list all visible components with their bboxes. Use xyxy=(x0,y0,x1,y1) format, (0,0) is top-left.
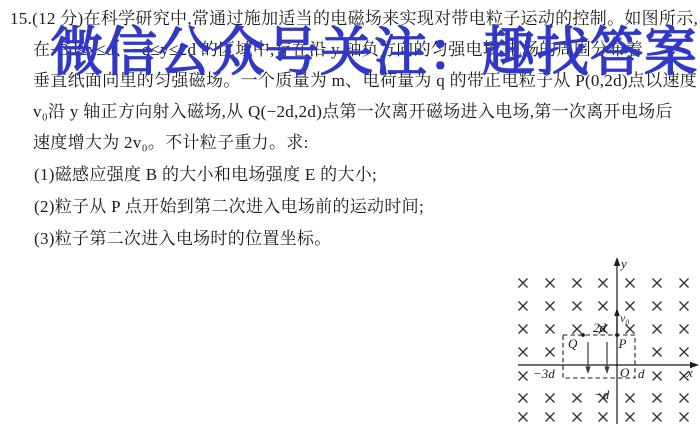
field-into-page-cross-icon xyxy=(546,394,555,403)
field-into-page-cross-icon xyxy=(519,325,528,334)
field-into-page-cross-icon xyxy=(599,279,608,288)
field-into-page-cross-icon xyxy=(653,413,662,422)
field-into-page-cross-icon xyxy=(519,302,528,311)
field-into-page-cross-icon xyxy=(653,279,662,288)
field-into-page-cross-icon xyxy=(680,279,689,288)
y-axis-arrow-icon xyxy=(614,257,620,266)
field-into-page-cross-icon xyxy=(546,279,555,288)
field-into-page-cross-icon xyxy=(573,413,582,422)
problem-line-5: 速度增大为 2v₀。不计粒子重力。求: xyxy=(33,132,309,154)
field-into-page-cross-icon xyxy=(653,302,662,311)
field-into-page-cross-icon xyxy=(573,302,582,311)
v0-label: v₀ xyxy=(620,311,630,325)
field-into-page-cross-icon xyxy=(653,325,662,334)
field-into-page-cross-icon xyxy=(653,372,662,381)
label-neg-3d: −3d xyxy=(533,366,555,381)
field-into-page-cross-icon xyxy=(626,279,635,288)
field-into-page-cross-icon xyxy=(546,325,555,334)
field-into-page-cross-icon xyxy=(519,372,528,381)
field-into-page-cross-icon xyxy=(519,394,528,403)
label-2d: 2d xyxy=(593,320,607,335)
field-into-page-cross-icon xyxy=(546,348,555,357)
field-into-page-cross-icon xyxy=(519,413,528,422)
problem-line-4: v₀沿 y 轴正方向射入磁场,从 Q(−2d,2d)点第一次离开磁场进入电场,第… xyxy=(33,101,673,123)
y-axis-label: y xyxy=(619,256,627,271)
label-d: d xyxy=(638,366,645,381)
field-into-page-cross-icon xyxy=(573,394,582,403)
label-neg-d: −d xyxy=(594,387,610,402)
electric-field-arrows xyxy=(585,342,609,374)
question-2: (2)粒子从 P 点开始到第二次进入电场前的运动时间; xyxy=(34,196,424,218)
field-into-page-cross-icon xyxy=(626,302,635,311)
field-arrowhead-icon xyxy=(604,367,609,375)
field-into-page-cross-icon xyxy=(546,413,555,422)
point-p-label: P xyxy=(618,336,627,351)
point-q-dot xyxy=(581,333,585,337)
question-1: (1)磁感应强度 B 的大小和电场强度 E 的大小; xyxy=(34,164,377,186)
question-3: (3)粒子第二次进入电场时的位置坐标。 xyxy=(34,228,332,250)
field-into-page-cross-icon xyxy=(599,413,608,422)
field-into-page-cross-icon xyxy=(626,413,635,422)
field-into-page-cross-icon xyxy=(680,413,689,422)
field-into-page-cross-icon xyxy=(680,325,689,334)
field-into-page-cross-icon xyxy=(599,302,608,311)
point-q-label: Q xyxy=(568,336,578,351)
field-into-page-cross-icon xyxy=(519,279,528,288)
velocity-arrowhead-icon xyxy=(614,308,620,316)
field-into-page-cross-icon xyxy=(626,394,635,403)
field-into-page-cross-icon xyxy=(573,279,582,288)
field-into-page-cross-icon xyxy=(680,348,689,357)
x-axis-label: x xyxy=(686,365,693,380)
field-into-page-cross-icon xyxy=(626,325,635,334)
field-into-page-cross-icon xyxy=(519,348,528,357)
watermark-text: 微信公众号关注：趣找答案 xyxy=(50,10,698,86)
document-page: 15.(12 分)在科学研究中,常通过施加适当的电磁场来实现对带电粒子运动的控制… xyxy=(0,0,700,424)
field-into-page-cross-icon xyxy=(680,394,689,403)
physics-diagram: y x v₀ P xyxy=(497,252,700,424)
origin-label: O xyxy=(620,365,630,380)
field-into-page-cross-icon xyxy=(680,302,689,311)
field-arrowhead-icon xyxy=(585,367,590,375)
field-into-page-cross-icon xyxy=(546,302,555,311)
field-into-page-cross-icon xyxy=(573,325,582,334)
field-into-page-cross-icon xyxy=(653,348,662,357)
field-into-page-cross-icon xyxy=(653,394,662,403)
